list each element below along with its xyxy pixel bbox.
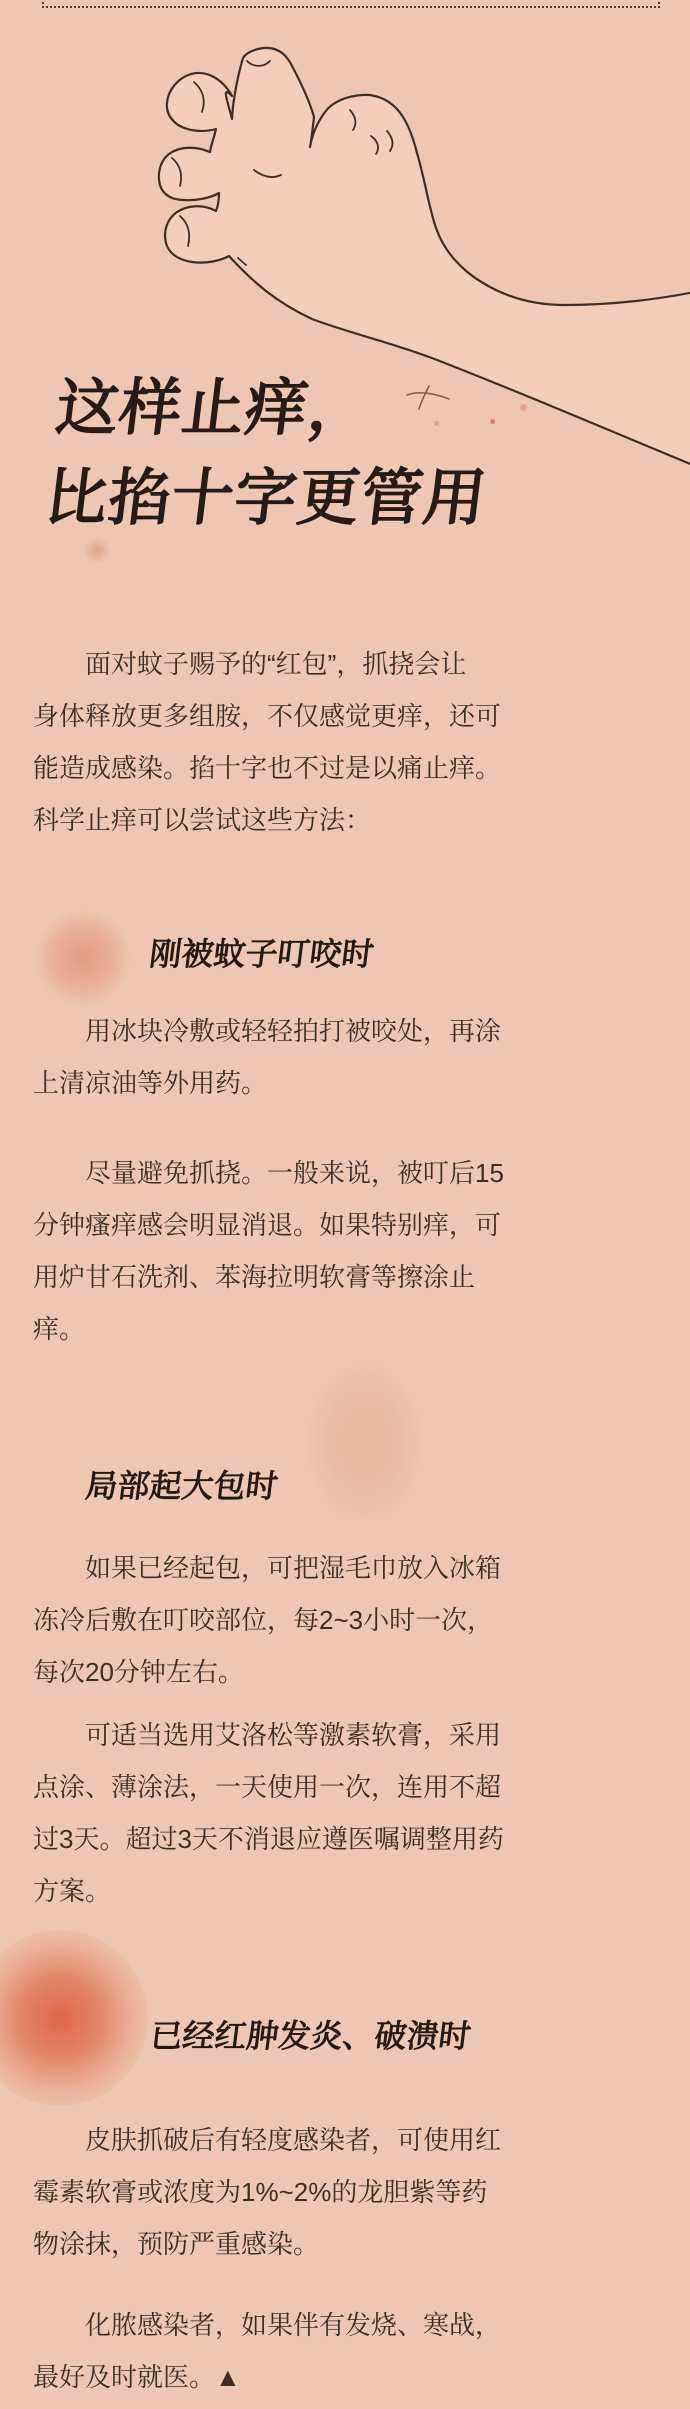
bite-blotch-faint <box>305 1360 425 1525</box>
section-heading-big-bump: 局部起大包时 <box>83 1467 280 1505</box>
bite-blotch-large <box>0 1930 148 2106</box>
paragraph-mild-infection: 皮肤抓破后有轻度感染者，可使用红 霉素软膏或浓度为1%~2%的龙胆紫等药 物涂抹… <box>33 2114 511 2270</box>
paragraph-cold-compress: 用冰块冷敷或轻轻拍打被咬处，再涂 上清凉油等外用药。 <box>33 1005 511 1109</box>
bite-blotch-small <box>35 910 131 1006</box>
section-heading-inflamed: 已经红肿发炎、破溃时 <box>148 2017 473 2055</box>
paragraph-hormone-ointment: 可适当选用艾洛松等激素软膏，采用 点涂、薄涂法，一天使用一次，连用不超 过3天。… <box>33 1709 511 1917</box>
paragraph-see-doctor: 化脓感染者，如果伴有发烧、寒战， 最好及时就医。▲ <box>33 2299 511 2403</box>
page-title: 这样止痒， 比掐十字更管用 <box>40 364 503 544</box>
intro-paragraph: 面对蚊子赐予的“红包”，抓挠会让 身体释放更多组胺，不仅感觉更痒，还可 能造成感… <box>33 638 511 846</box>
infographic-page: 这样止痒， 比掐十字更管用 面对蚊子赐予的“红包”，抓挠会让 身体释放更多组胺，… <box>0 0 690 2409</box>
section-heading-just-bitten: 刚被蚊子叮咬时 <box>147 935 376 973</box>
paragraph-wet-towel: 如果已经起包，可把湿毛巾放入冰箱 冻冷后敷在叮咬部位，每2~3小时一次， 每次2… <box>33 1542 511 1698</box>
paragraph-avoid-scratching: 尽量避免抓挠。一般来说，被叮后15 分钟瘙痒感会明显消退。如果特别痒，可 用炉甘… <box>33 1147 511 1355</box>
scratching-hand-illustration <box>0 0 690 640</box>
